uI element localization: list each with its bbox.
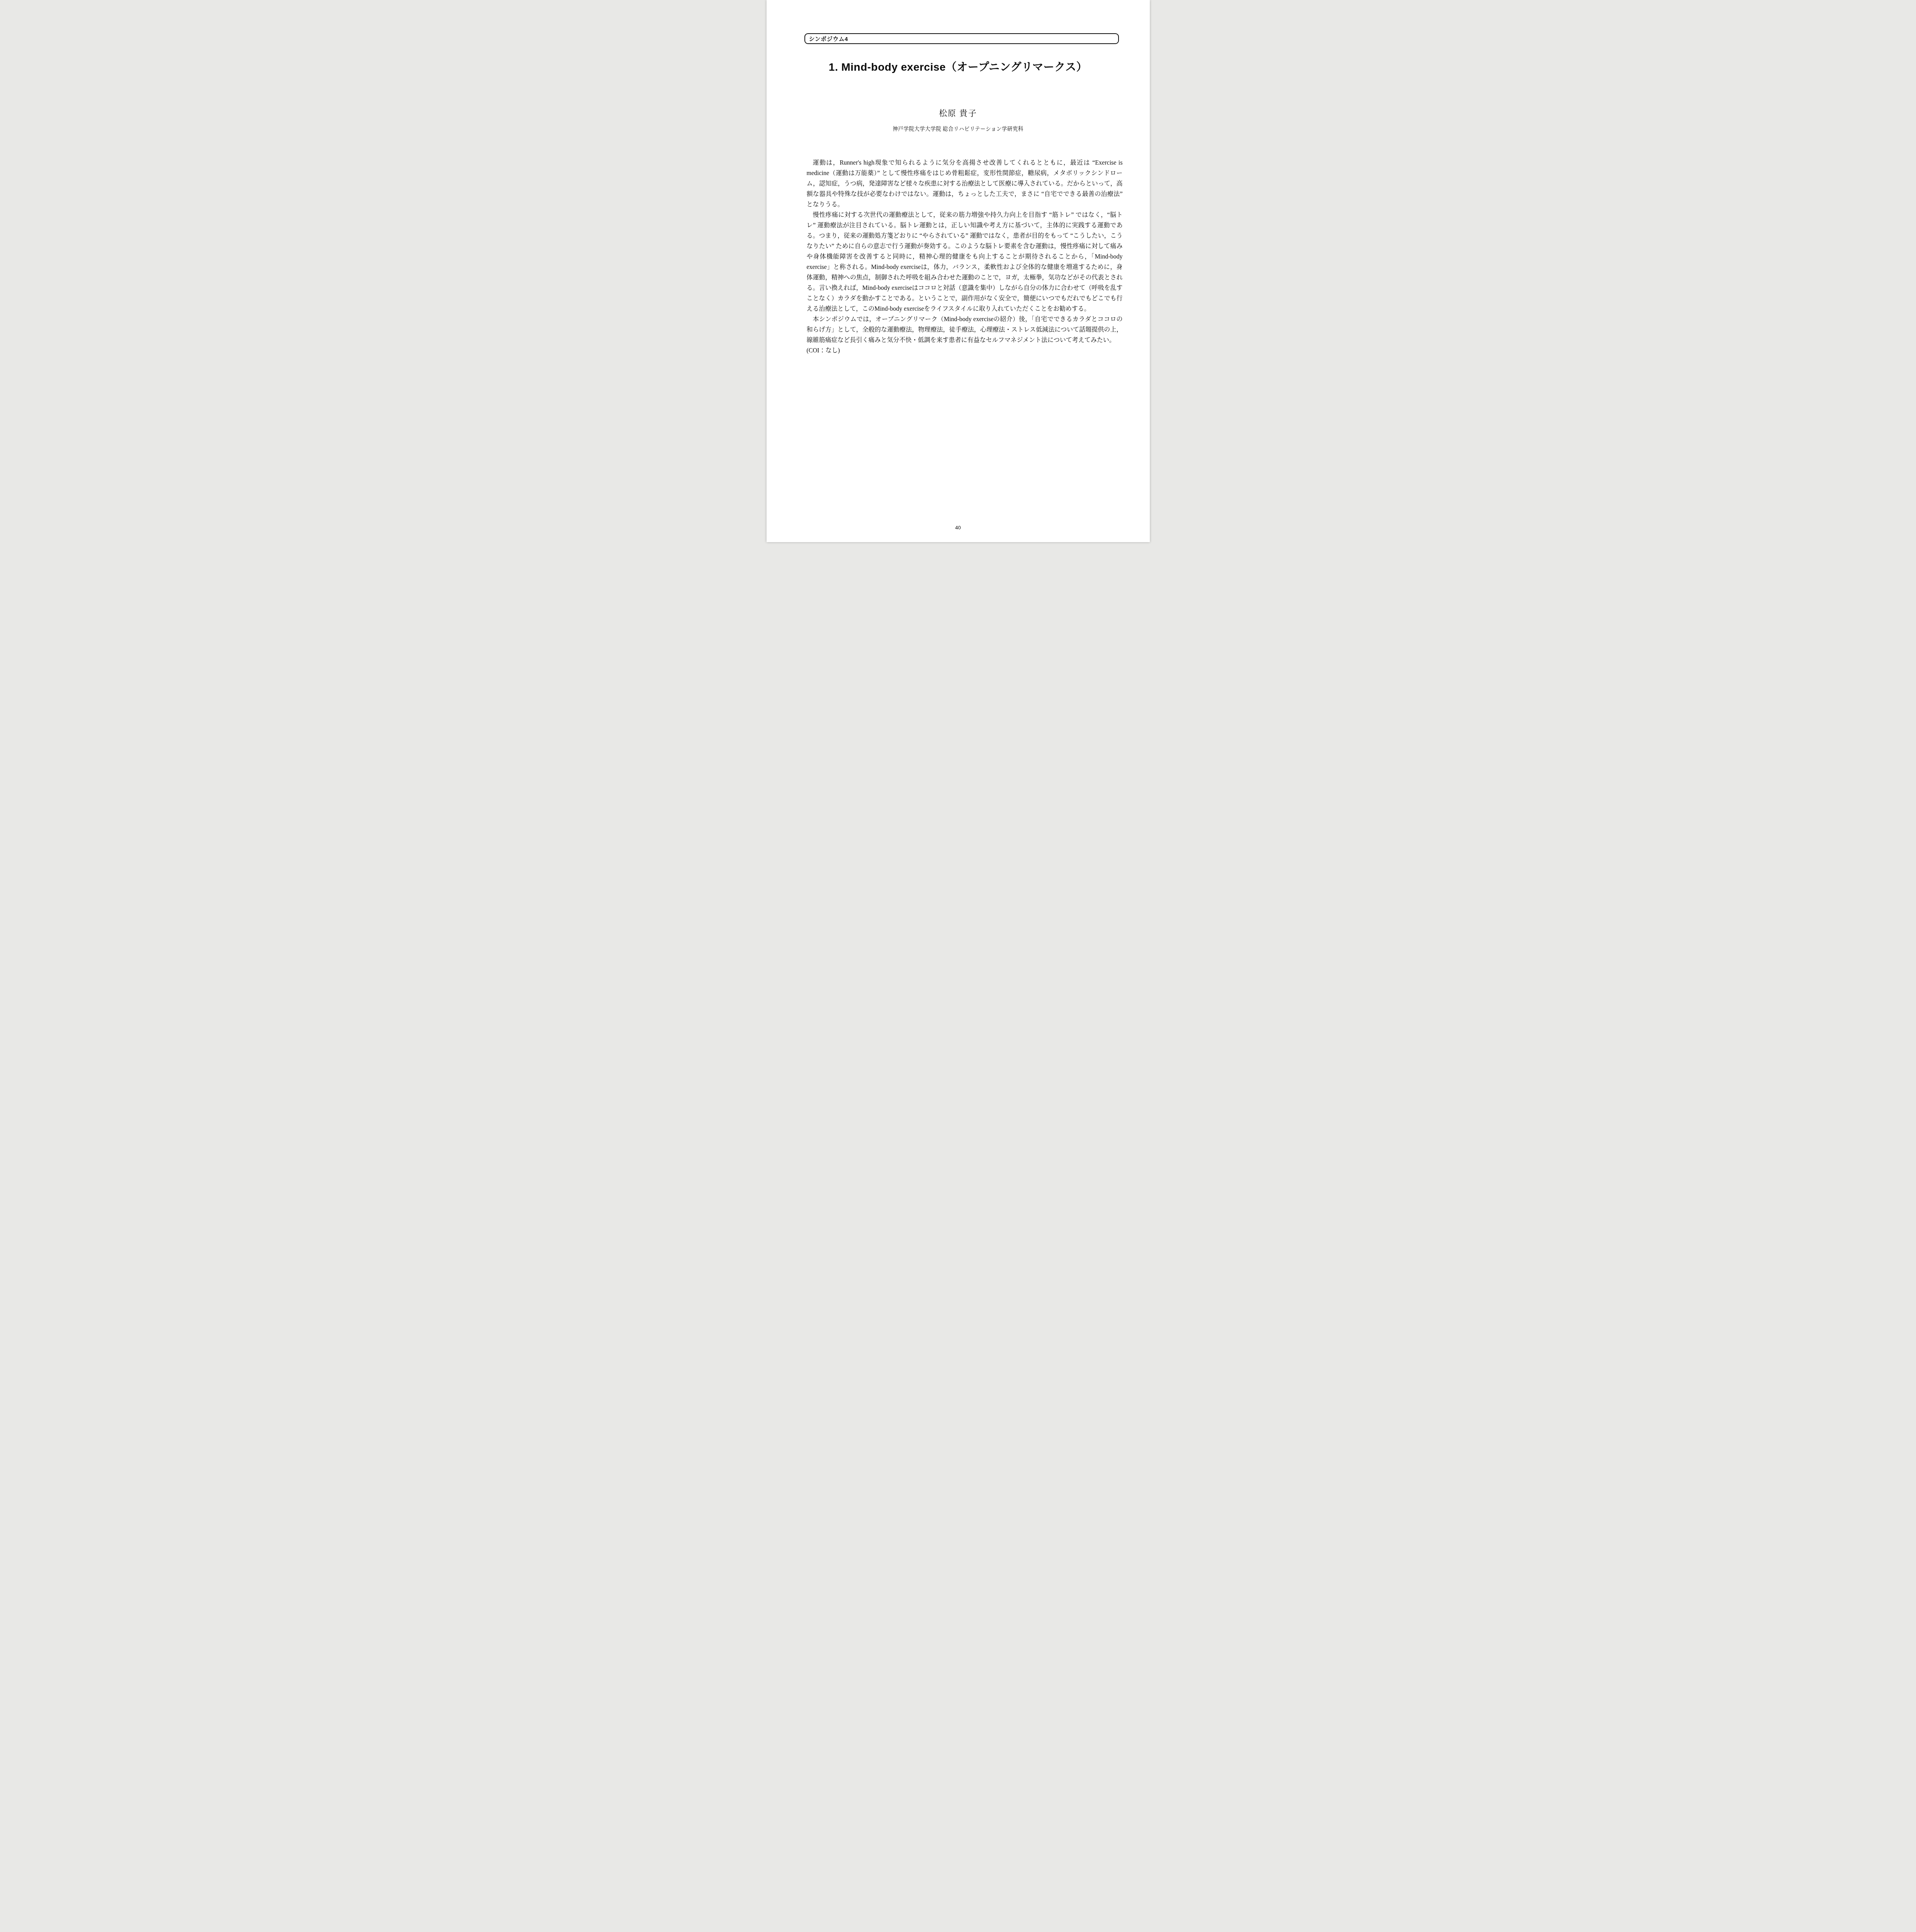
abstract-page: シンポジウム4 1. Mind-body exercise（オープニングリマーク… <box>767 0 1150 542</box>
symposium-header-box: シンポジウム4 <box>804 33 1119 44</box>
abstract-paragraph-2: 慢性疼痛に対する次世代の運動療法として，従来の筋力増強や持久力向上を目指す “筋… <box>807 210 1123 314</box>
author-name: 松原 貴子 <box>767 107 1150 119</box>
page-number: 40 <box>767 525 1150 531</box>
coi-note: (COI：なし) <box>807 345 1123 356</box>
abstract-paragraph-3: 本シンポジウムでは，オープニングリマーク（Mind-body exerciseの… <box>807 314 1123 345</box>
page-title: 1. Mind-body exercise（オープニングリマークス） <box>767 59 1150 74</box>
symposium-header-label: シンポジウム4 <box>805 35 848 43</box>
affiliation: 神戸学院大学大学院 総合リハビリテーション学研究科 <box>767 124 1150 132</box>
abstract-body: 運動は，Runner's high現象で知られるように気分を高揚させ改善してくれ… <box>807 158 1123 356</box>
abstract-paragraph-1: 運動は，Runner's high現象で知られるように気分を高揚させ改善してくれ… <box>807 158 1123 210</box>
